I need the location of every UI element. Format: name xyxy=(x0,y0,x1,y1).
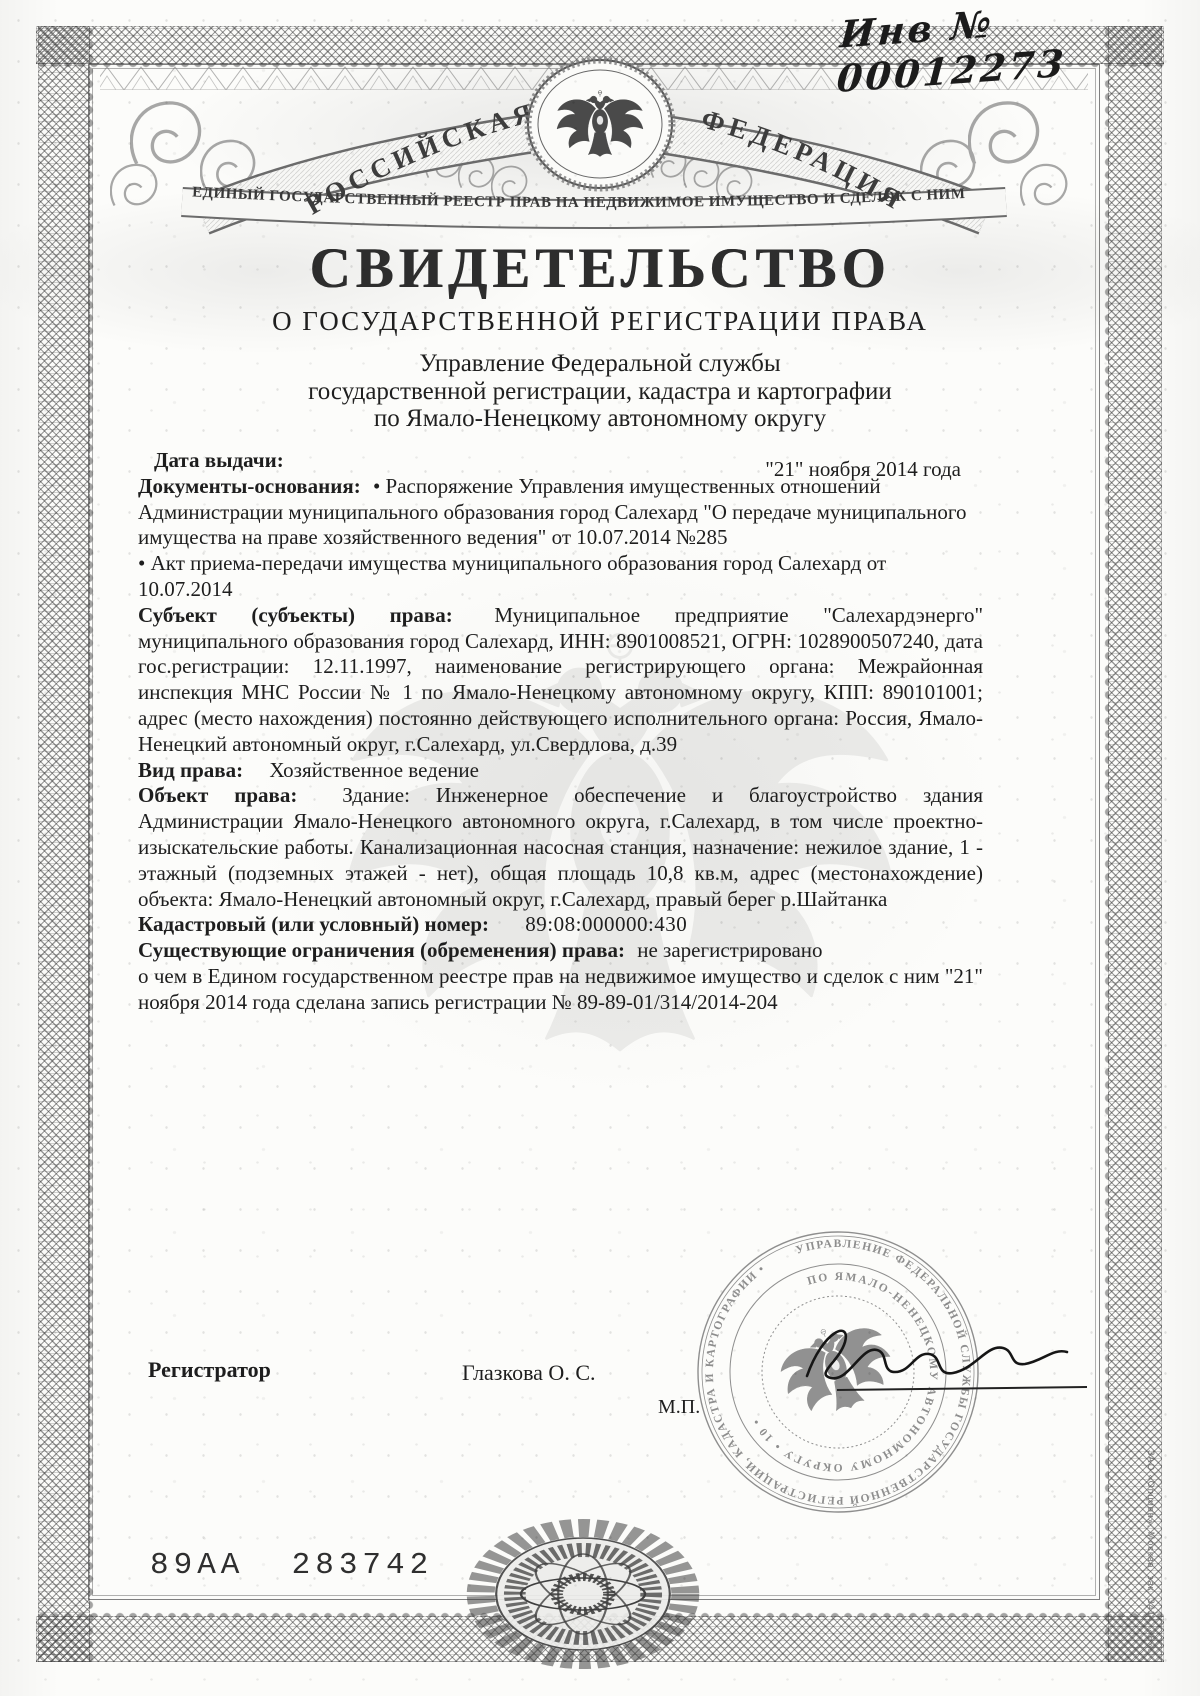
cadastral-number-label: Кадастровый (или условный) номер: xyxy=(138,912,489,936)
right-type-row: Вид права: Хозяйственное ведение xyxy=(138,758,983,784)
document-subtitle: О ГОСУДАРСТВЕННОЙ РЕГИСТРАЦИИ ПРАВА xyxy=(0,306,1200,337)
issue-date-label: Дата выдачи: xyxy=(138,448,284,474)
restrictions-row: Существующие ограничения (обременения) п… xyxy=(138,938,983,964)
printer-imprint: ЗАО «Опцион», Москва, зак. 3414, «В». xyxy=(1146,1450,1156,1652)
object-label: Объект права: xyxy=(138,783,297,807)
restrictions-label: Существующие ограничения (обременения) п… xyxy=(138,938,625,962)
right-type-label: Вид права: xyxy=(138,758,243,782)
issue-date-value: "21" ноября 2014 года xyxy=(765,457,961,483)
document-title: СВИДЕТЕЛЬСТВО xyxy=(0,236,1200,301)
coat-of-arms-emblem xyxy=(528,60,672,188)
basis-documents-paragraph: Документы-основания: • Распоряжение Упра… xyxy=(138,474,983,551)
guilloche-rosette xyxy=(450,1518,716,1670)
subject-label: Субъект (субъекты) права: xyxy=(138,603,453,627)
cadastral-number-row: Кадастровый (или условный) номер: 89:08:… xyxy=(138,912,983,938)
certificate-page: Инв № 00012273 xyxy=(0,0,1200,1696)
subject-paragraph: Субъект (субъекты) права: Муниципальное … xyxy=(138,603,983,758)
form-serial-number: 89АА 283742 xyxy=(150,1548,433,1583)
authority-line: по Ямало-Ненецкому автономному округу xyxy=(0,405,1200,433)
restrictions-value: не зарегистрировано xyxy=(637,938,822,962)
authority-line: государственной регистрации, кадастра и … xyxy=(0,378,1200,406)
cadastral-number-value: 89:08:000000:430 xyxy=(525,912,687,936)
registrar-name: Глазкова О. С. xyxy=(462,1360,596,1386)
document-body: Дата выдачи: "21" ноября 2014 года Докум… xyxy=(138,448,983,1016)
registrar-label: Регистратор xyxy=(148,1357,271,1383)
authority-line: Управление Федеральной службы xyxy=(0,350,1200,378)
title-block: СВИДЕТЕЛЬСТВО О ГОСУДАРСТВЕННОЙ РЕГИСТРА… xyxy=(0,236,1200,433)
issue-date-row: Дата выдачи: "21" ноября 2014 года xyxy=(138,448,983,474)
registrar-signature xyxy=(795,1316,1095,1401)
registry-record-note: о чем в Едином государственном реестре п… xyxy=(138,964,983,1016)
right-type-value: Хозяйственное ведение xyxy=(269,758,479,782)
basis-document-item: • Акт приема-передачи имущества муниципа… xyxy=(138,551,983,603)
basis-documents-label: Документы-основания: xyxy=(138,474,361,498)
stamp-place-mark: М.П. xyxy=(658,1396,700,1419)
issuing-authority: Управление Федеральной службы государств… xyxy=(0,350,1200,433)
object-paragraph: Объект права: Здание: Инженерное обеспеч… xyxy=(138,783,983,912)
